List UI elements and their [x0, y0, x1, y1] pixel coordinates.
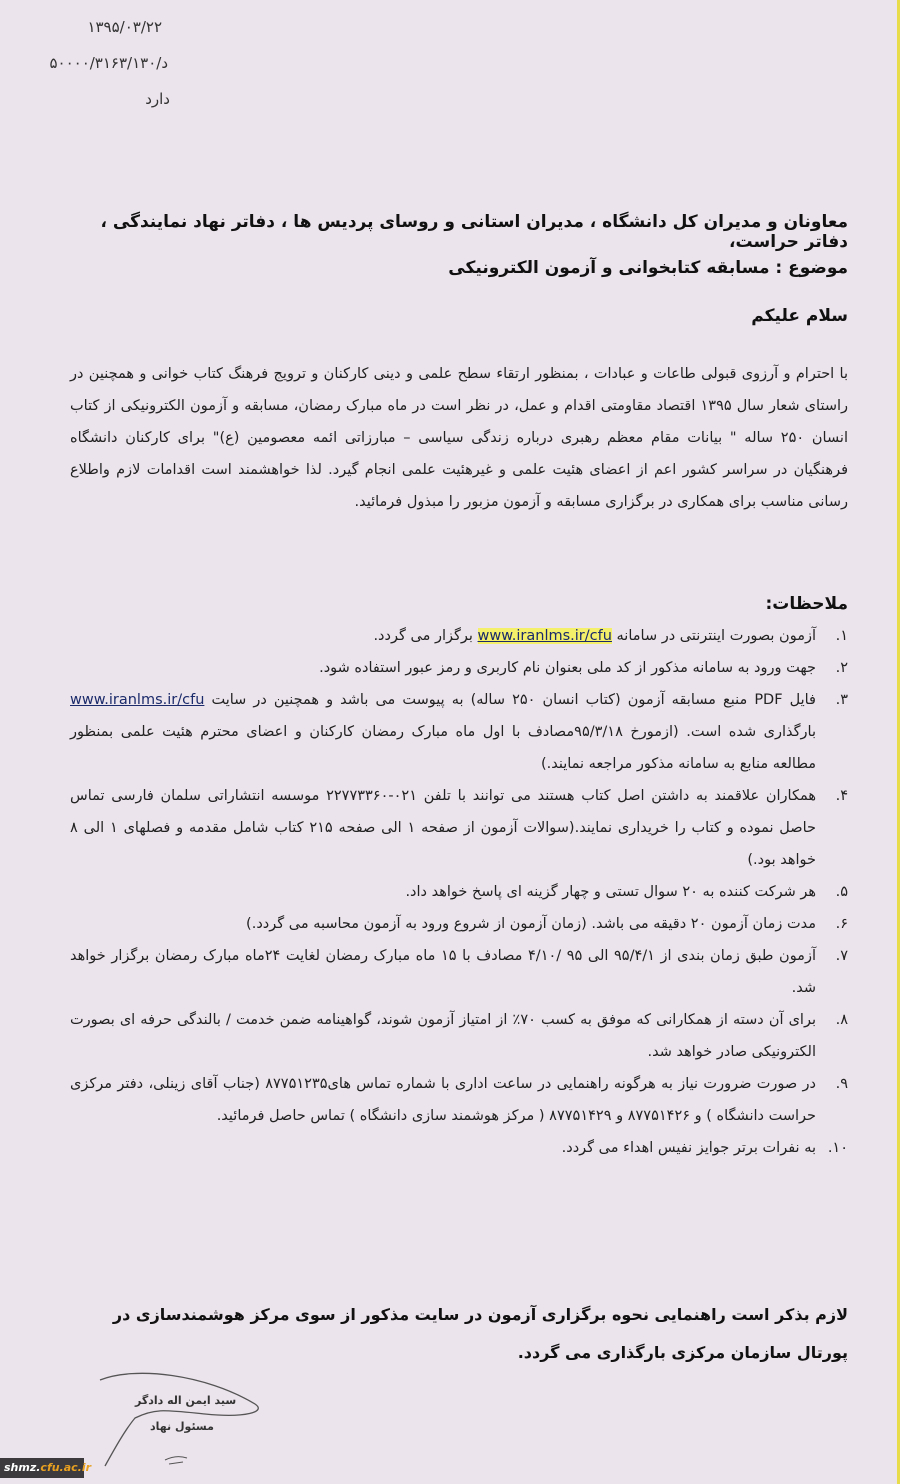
- signatory-name: سید ایمن اله دادگر: [135, 1394, 236, 1407]
- signatory-title: مسئول نهاد: [150, 1420, 214, 1433]
- signature-scribble-icon: [95, 1368, 265, 1468]
- letter-date: ۱۳۹۵/۰۳/۲۲: [87, 18, 162, 36]
- note-number: ۳.: [836, 684, 848, 716]
- note-item: ۷. آزمون طبق زمان بندی از ۹۵/۴/۱ الی ۹۵ …: [70, 940, 848, 1004]
- letter-ref-number: د/۵۰۰۰۰/۳۱۶۳/۱۳۰: [49, 54, 168, 72]
- note-number: ۱۰.: [828, 1132, 848, 1164]
- recipients-line: معاونان و مدیران کل دانشگاه ، مدیران است…: [70, 212, 848, 252]
- note-number: ۶.: [836, 908, 848, 940]
- signature-block: سید ایمن اله دادگر مسئول نهاد: [95, 1368, 265, 1468]
- note-item: ۱. آزمون بصورت اینترنتی در سامانه www.ir…: [70, 620, 848, 652]
- greeting: سلام علیکم: [70, 306, 848, 326]
- note-number: ۷.: [836, 940, 848, 972]
- letter-attachment: دارد: [145, 90, 170, 108]
- note-item: ۲. جهت ورود به سامانه مذکور از کد ملی بع…: [70, 652, 848, 684]
- note-item: ۸. برای آن دسته از همکارانی که موفق به ک…: [70, 1004, 848, 1068]
- site-watermark: shmz.cfu.ac.ir: [0, 1458, 84, 1478]
- note-number: ۵.: [836, 876, 848, 908]
- note-item: ۱۰. به نفرات برتر جوایز نفیس اهداء می گر…: [70, 1132, 848, 1164]
- note-number: ۲.: [836, 652, 848, 684]
- notes-title: ملاحظات:: [70, 594, 848, 614]
- note-item: ۴. همکاران علاقمند به داشتن اصل کتاب هست…: [70, 780, 848, 876]
- note-number: ۹.: [836, 1068, 848, 1100]
- note-item: ۵. هر شرکت کننده به ۲۰ سوال تستی و چهار …: [70, 876, 848, 908]
- note-number: ۸.: [836, 1004, 848, 1036]
- note-item: ۳. فایل PDF منبع مسابقه آزمون (کتاب انسا…: [70, 684, 848, 780]
- lms-link[interactable]: www.iranlms.ir/cfu: [478, 628, 612, 644]
- subject-line: موضوع : مسابقه کتابخوانی و آزمون الکترون…: [70, 258, 848, 278]
- closing-paragraph: لازم بذکر است راهنمایی نحوه برگزاری آزمو…: [70, 1296, 848, 1372]
- note-item: ۹. در صورت ضرورت نیاز به هرگونه راهنمایی…: [70, 1068, 848, 1132]
- notes-list: ۱. آزمون بصورت اینترنتی در سامانه www.ir…: [70, 620, 848, 1164]
- note-item: ۶. مدت زمان آزمون ۲۰ دقیقه می باشد. (زما…: [70, 908, 848, 940]
- intro-paragraph: با احترام و آرزوی قبولی طاعات و عبادات ،…: [70, 358, 848, 518]
- lms-link[interactable]: www.iranlms.ir/cfu: [70, 692, 204, 708]
- note-number: ۴.: [836, 780, 848, 812]
- note-number: ۱.: [836, 620, 848, 652]
